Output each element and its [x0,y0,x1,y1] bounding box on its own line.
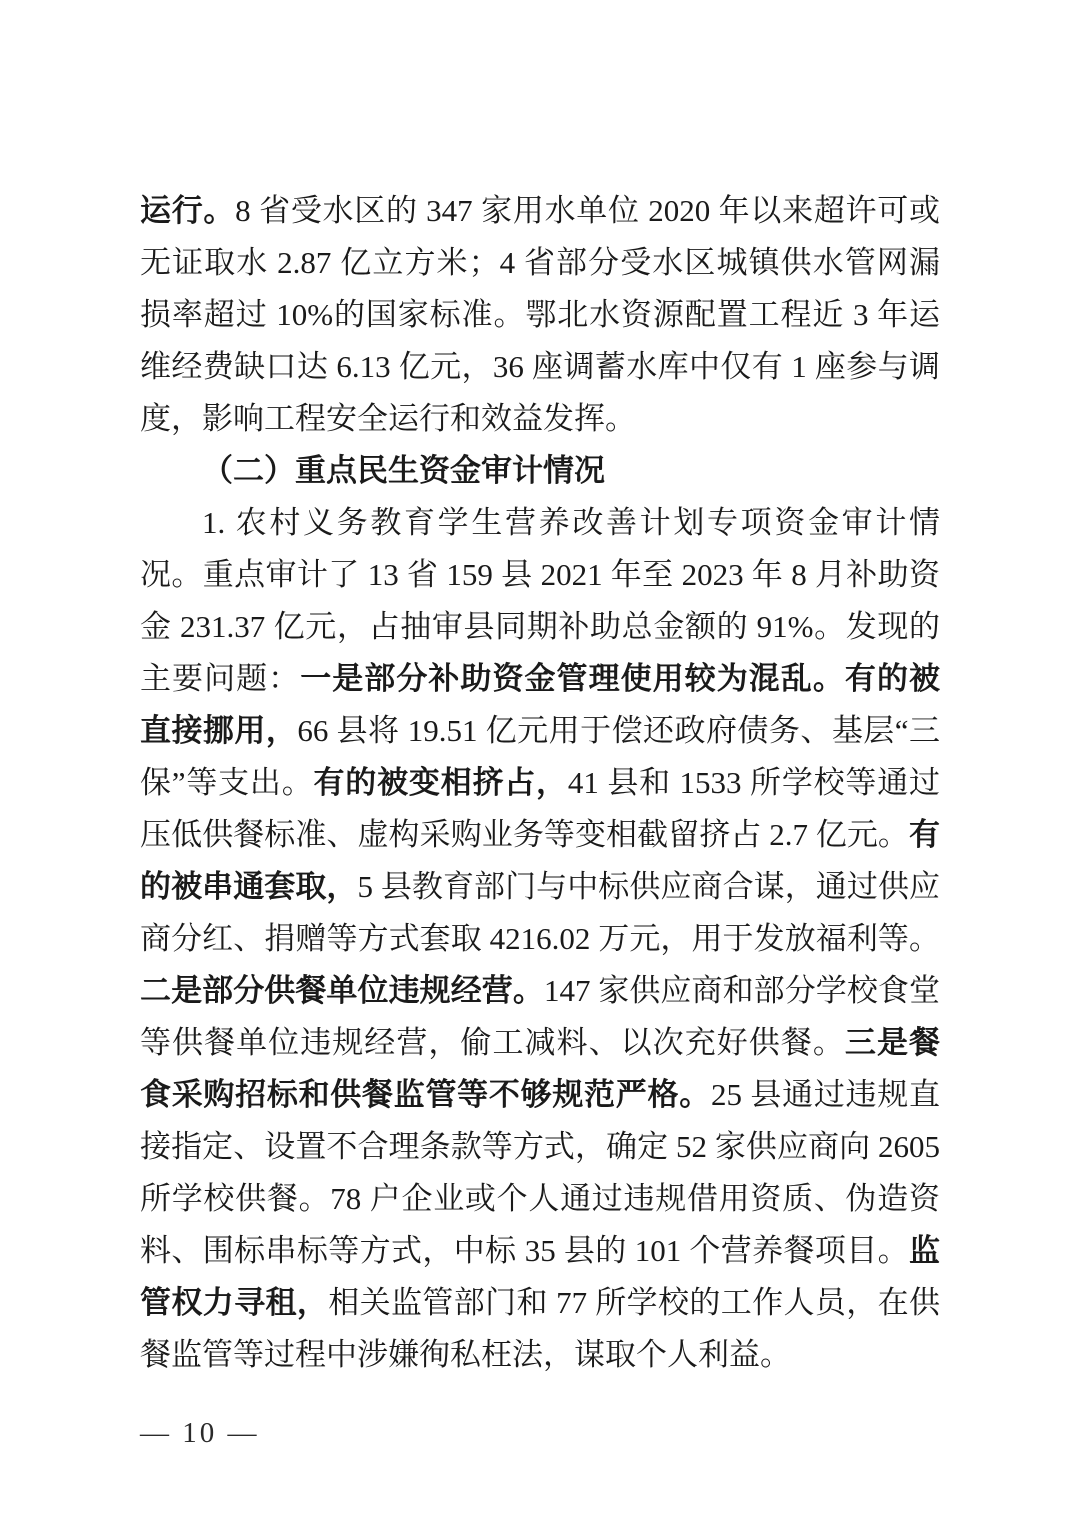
paragraph-water-project-issues: 运行。8 省受水区的 347 家用水单位 2020 年以来超许可或无证取水 2.… [140,185,940,445]
text-segment-bold: 运行。 [140,193,235,228]
section-heading: （二）重点民生资金审计情况 [140,445,940,497]
page-number: — 10 — [140,1415,940,1451]
document-page: 运行。8 省受水区的 347 家用水单位 2020 年以来超许可或无证取水 2.… [0,0,1080,1527]
text-segment-normal: 1. [202,505,236,540]
text-segment-bold: 有的被变相挤占， [314,765,568,800]
text-segment-bold: 二是部分供餐单位违规经营。 [140,973,544,1008]
text-segment-bold-kaiti: （二）重点民生资金审计情况 [202,453,605,488]
text-segment-normal: 8 省受水区的 347 家用水单位 2020 年以来超许可或无证取水 2.87 … [140,193,940,436]
paragraph-nutrition-fund-audit: 1. 农村义务教育学生营养改善计划专项资金审计情况。重点审计了 13 省 159… [140,497,940,1381]
